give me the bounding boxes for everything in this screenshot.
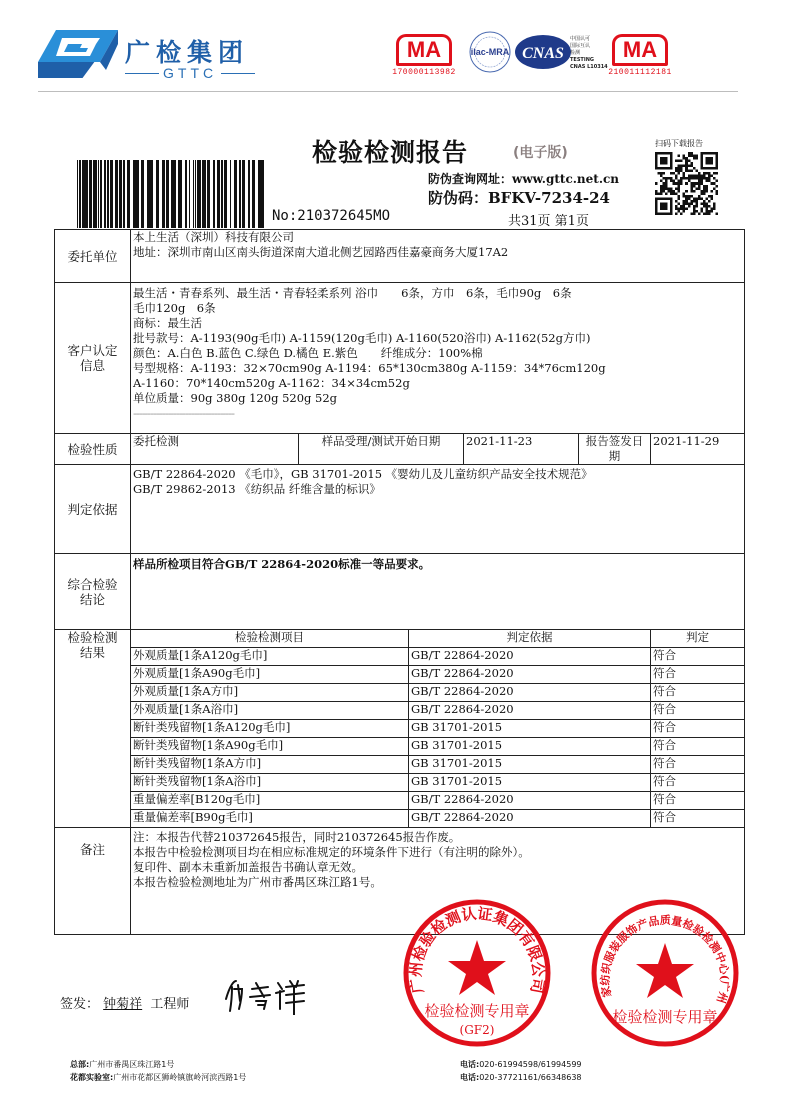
- basis-label: 判定依据: [55, 465, 131, 554]
- svg-text:检验检测专用章: 检验检测专用章: [424, 1002, 529, 1020]
- result-item: 断针类残留物[1条A120g毛巾]: [131, 720, 409, 738]
- result-item: 断针类残留物[1条A方巾]: [131, 756, 409, 774]
- issuer-title: 工程师: [150, 997, 189, 1012]
- conclusion-value: 样品所检项目符合GB/T 22864-2020标准一等品要求。: [131, 554, 745, 630]
- result-row: 外观质量[1条A浴巾]GB/T 22864-2020符合: [55, 702, 745, 720]
- brand-abbrev: GTTC: [125, 65, 255, 81]
- cma-label: MA: [396, 34, 452, 66]
- lab-address: 广州市花都区狮岭镇旗岭河滨西路1号: [113, 1073, 246, 1082]
- result-basis: GB/T 22864-2020: [409, 648, 651, 666]
- result-basis: GB/T 22864-2020: [409, 792, 651, 810]
- phone-label: 电话:: [460, 1060, 479, 1069]
- result-verdict: 符合: [651, 792, 745, 810]
- results-col-verdict: 判定: [651, 630, 745, 648]
- client-info-row: 客户认定信息 最生活・青春系列、最生活・青春轻柔系列 浴巾 6条，方巾 6条，毛…: [55, 283, 745, 434]
- page-info: 共31页 第1页: [508, 210, 589, 229]
- results-col-basis: 判定依据: [409, 630, 651, 648]
- results-header-row: 检验检测结果 检验检测项目 判定依据 判定: [55, 630, 745, 648]
- report-table: 委托单位 本上生活（深圳）科技有限公司 地址：深圳市南山区南头街道深南大道北侧艺…: [54, 229, 745, 935]
- phone-line-1: 电话:020-61994598/61994599: [460, 1058, 582, 1071]
- lab-label: 花都实验室:: [70, 1073, 113, 1082]
- remark-line: 本报告中检验检测项目均在相应标准规定的环境条件下进行（有注明的除外）。: [133, 845, 742, 860]
- receive-date-label: 样品受理/测试开始日期: [299, 434, 464, 465]
- client-address: 地址：深圳市南山区南头街道深南大道北侧艺园路西佳嘉豪商务大厦17A2: [133, 245, 742, 260]
- result-basis: GB/T 22864-2020: [409, 684, 651, 702]
- hq-address: 广州市番禺区珠江路1号: [89, 1060, 174, 1069]
- result-verdict: 符合: [651, 810, 745, 828]
- phone-number: 020-37721161/66348638: [479, 1073, 581, 1082]
- result-verdict: 符合: [651, 666, 745, 684]
- issuer-label: 签发：: [60, 997, 99, 1012]
- cma-mark-2: MA 210011112181: [608, 34, 672, 77]
- barcode-icon: [77, 160, 267, 228]
- gttc-logo-icon: [38, 30, 118, 78]
- qr-code-icon[interactable]: [655, 152, 718, 215]
- nature-value: 委托检测: [131, 434, 299, 465]
- phone-label: 电话:: [460, 1073, 479, 1082]
- result-item: 外观质量[1条A90g毛巾]: [131, 666, 409, 684]
- phone-number: 020-61994598/61994599: [479, 1060, 581, 1069]
- report-number: No:210372645MO: [272, 208, 390, 224]
- result-verdict: 符合: [651, 648, 745, 666]
- result-basis: GB/T 22864-2020: [409, 810, 651, 828]
- result-basis: GB/T 22864-2020: [409, 666, 651, 684]
- phone-line-2: 电话:020-37721161/66348638: [460, 1071, 582, 1084]
- info-line: 号型规格：A-1193：32×70cm90g A-1194：65*130cm38…: [133, 361, 742, 376]
- client-label: 委托单位: [55, 230, 131, 283]
- result-item: 外观质量[1条A方巾]: [131, 684, 409, 702]
- hq-address-line: 总部:广州市番禺区珠江路1号: [70, 1058, 246, 1071]
- seal-gf2-icon: 广州检验检测认证集团有限公司 检验检测专用章 (GF2): [402, 898, 552, 1048]
- result-item: 重量偏差率[B90g毛巾]: [131, 810, 409, 828]
- ilac-mra-logo-icon: ilac-MRA: [468, 30, 512, 74]
- info-line: 批号款号：A-1193(90g毛巾) A-1159(120g毛巾) A-1160…: [133, 331, 742, 346]
- info-divider: -----------------------------------: [133, 406, 742, 421]
- remark-line: 复印件、副本未重新加盖报告书确认章无效。: [133, 860, 742, 875]
- result-row: 外观质量[1条A120g毛巾]GB/T 22864-2020符合: [55, 648, 745, 666]
- result-verdict: 符合: [651, 774, 745, 792]
- info-line: 毛巾120g 6条: [133, 301, 742, 316]
- cnas-line: TESTING: [570, 57, 608, 64]
- client-row: 委托单位 本上生活（深圳）科技有限公司 地址：深圳市南山区南头街道深南大道北侧艺…: [55, 230, 745, 283]
- result-item: 重量偏差率[B120g毛巾]: [131, 792, 409, 810]
- issuer-line: 签发： 钟菊祥 工程师: [60, 993, 189, 1012]
- basis-line: GB/T 22864-2020 《毛巾》，GB 31701-2015 《婴幼儿及…: [133, 467, 742, 482]
- cnas-line: 国际互认: [570, 43, 608, 50]
- handwritten-signature-icon: [220, 975, 310, 1015]
- cma-mark-1: MA 170000113982: [392, 34, 456, 77]
- svg-text:检验检测专用章: 检验检测专用章: [612, 1008, 717, 1026]
- result-verdict: 符合: [651, 738, 745, 756]
- remark-line: 本报告检验检测地址为广州市番禺区珠江路1号。: [133, 875, 742, 890]
- footer-addresses: 总部:广州市番禺区珠江路1号 花都实验室:广州市花都区狮岭镇旗岭河滨西路1号: [70, 1058, 246, 1084]
- svg-text:国家纺织服装服饰产品质量检验检测中心(广州): 国家纺织服装服饰产品质量检验检测中心(广州): [590, 898, 732, 1005]
- result-row: 重量偏差率[B90g毛巾]GB/T 22864-2020符合: [55, 810, 745, 828]
- result-row: 重量偏差率[B120g毛巾]GB/T 22864-2020符合: [55, 792, 745, 810]
- basis-row: 判定依据 GB/T 22864-2020 《毛巾》，GB 31701-2015 …: [55, 465, 745, 554]
- result-row: 外观质量[1条A90g毛巾]GB/T 22864-2020符合: [55, 666, 745, 684]
- info-line: 颜色：A.白色 B.蓝色 C.绿色 D.橘色 E.紫色 纤维成分：100%棉: [133, 346, 742, 361]
- result-row: 外观质量[1条A方巾]GB/T 22864-2020符合: [55, 684, 745, 702]
- result-verdict: 符合: [651, 720, 745, 738]
- result-row: 断针类残留物[1条A方巾]GB 31701-2015符合: [55, 756, 745, 774]
- result-verdict: 符合: [651, 756, 745, 774]
- result-row: 断针类残留物[1条A120g毛巾]GB 31701-2015符合: [55, 720, 745, 738]
- brand-name: 广检集团: [125, 33, 249, 69]
- basis-line: GB/T 29862-2013 《纺织品 纤维含量的标识》: [133, 482, 742, 497]
- info-line: 单位质量：90g 380g 120g 520g 52g: [133, 391, 742, 406]
- hq-label: 总部:: [70, 1060, 89, 1069]
- cnas-line: 中国认可: [570, 36, 608, 43]
- info-line: 商标：最生活: [133, 316, 742, 331]
- svg-text:CNAS: CNAS: [522, 45, 564, 62]
- cma-number: 210011112181: [608, 68, 672, 77]
- page-title: 检验检测报告: [312, 133, 468, 169]
- cnas-caption: 中国认可 国际互认 检测 TESTING CNAS L10314: [570, 36, 608, 71]
- result-row: 断针类残留物[1条A90g毛巾]GB 31701-2015符合: [55, 738, 745, 756]
- seal-national-center-icon: 国家纺织服装服饰产品质量检验检测中心(广州) 检验检测专用章: [590, 898, 740, 1048]
- result-item: 断针类残留物[1条A90g毛巾]: [131, 738, 409, 756]
- result-basis: GB 31701-2015: [409, 756, 651, 774]
- issue-date-label: 报告签发日期: [579, 434, 651, 465]
- nature-label: 检验性质: [55, 434, 131, 465]
- basis-value: GB/T 22864-2020 《毛巾》，GB 31701-2015 《婴幼儿及…: [131, 465, 745, 554]
- nature-row: 检验性质 委托检测 样品受理/测试开始日期 2021-11-23 报告签发日期 …: [55, 434, 745, 465]
- issuer-name: 钟菊祥: [103, 997, 142, 1012]
- svg-text:(GF2): (GF2): [460, 1023, 495, 1037]
- client-info-label: 客户认定信息: [55, 283, 131, 434]
- result-verdict: 符合: [651, 702, 745, 720]
- result-item: 外观质量[1条A浴巾]: [131, 702, 409, 720]
- client-name: 本上生活（深圳）科技有限公司: [133, 230, 742, 245]
- brand-abbrev-text: GTTC: [163, 65, 217, 81]
- edition-label: (电子版): [513, 142, 568, 162]
- result-basis: GB 31701-2015: [409, 720, 651, 738]
- conclusion-row: 综合检验结论 样品所检项目符合GB/T 22864-2020标准一等品要求。: [55, 554, 745, 630]
- result-basis: GB/T 22864-2020: [409, 702, 651, 720]
- result-verdict: 符合: [651, 684, 745, 702]
- issue-date: 2021-11-29: [651, 434, 745, 465]
- lab-address-line: 花都实验室:广州市花都区狮岭镇旗岭河滨西路1号: [70, 1071, 246, 1084]
- client-value: 本上生活（深圳）科技有限公司 地址：深圳市南山区南头街道深南大道北侧艺园路西佳嘉…: [131, 230, 745, 283]
- footer-phones: 电话:020-61994598/61994599 电话:020-37721161…: [460, 1058, 582, 1084]
- results-label: 检验检测结果: [55, 630, 131, 828]
- qr-caption: 扫码下载报告: [655, 138, 703, 149]
- result-basis: GB 31701-2015: [409, 738, 651, 756]
- info-line: A-1160：70*140cm520g A-1162：34×34cm52g: [133, 376, 742, 391]
- client-info-value: 最生活・青春系列、最生活・青春轻柔系列 浴巾 6条，方巾 6条，毛巾90g 6条…: [131, 283, 745, 434]
- verify-url: 防伪查询网址：www.gttc.net.cn: [428, 170, 619, 187]
- results-col-item: 检验检测项目: [131, 630, 409, 648]
- info-line: 最生活・青春系列、最生活・青春轻柔系列 浴巾 6条，方巾 6条，毛巾90g 6条: [133, 286, 742, 301]
- cnas-line: CNAS L10314: [570, 64, 608, 71]
- cnas-line: 检测: [570, 50, 608, 57]
- result-row: 断针类残留物[1条A浴巾]GB 31701-2015符合: [55, 774, 745, 792]
- cma-number: 170000113982: [392, 68, 456, 77]
- result-basis: GB 31701-2015: [409, 774, 651, 792]
- result-item: 断针类残留物[1条A浴巾]: [131, 774, 409, 792]
- header-divider: [38, 91, 738, 92]
- cma-label: MA: [612, 34, 668, 66]
- receive-date: 2021-11-23: [464, 434, 579, 465]
- svg-text:ilac-MRA: ilac-MRA: [471, 47, 510, 57]
- remarks-label: 备注: [55, 828, 131, 935]
- conclusion-label: 综合检验结论: [55, 554, 131, 630]
- verify-code: 防伪码：BFKV-7234-24: [428, 187, 610, 208]
- remark-line: 注：本报告代替210372645报告，同时210372645报告作废。: [133, 830, 742, 845]
- result-item: 外观质量[1条A120g毛巾]: [131, 648, 409, 666]
